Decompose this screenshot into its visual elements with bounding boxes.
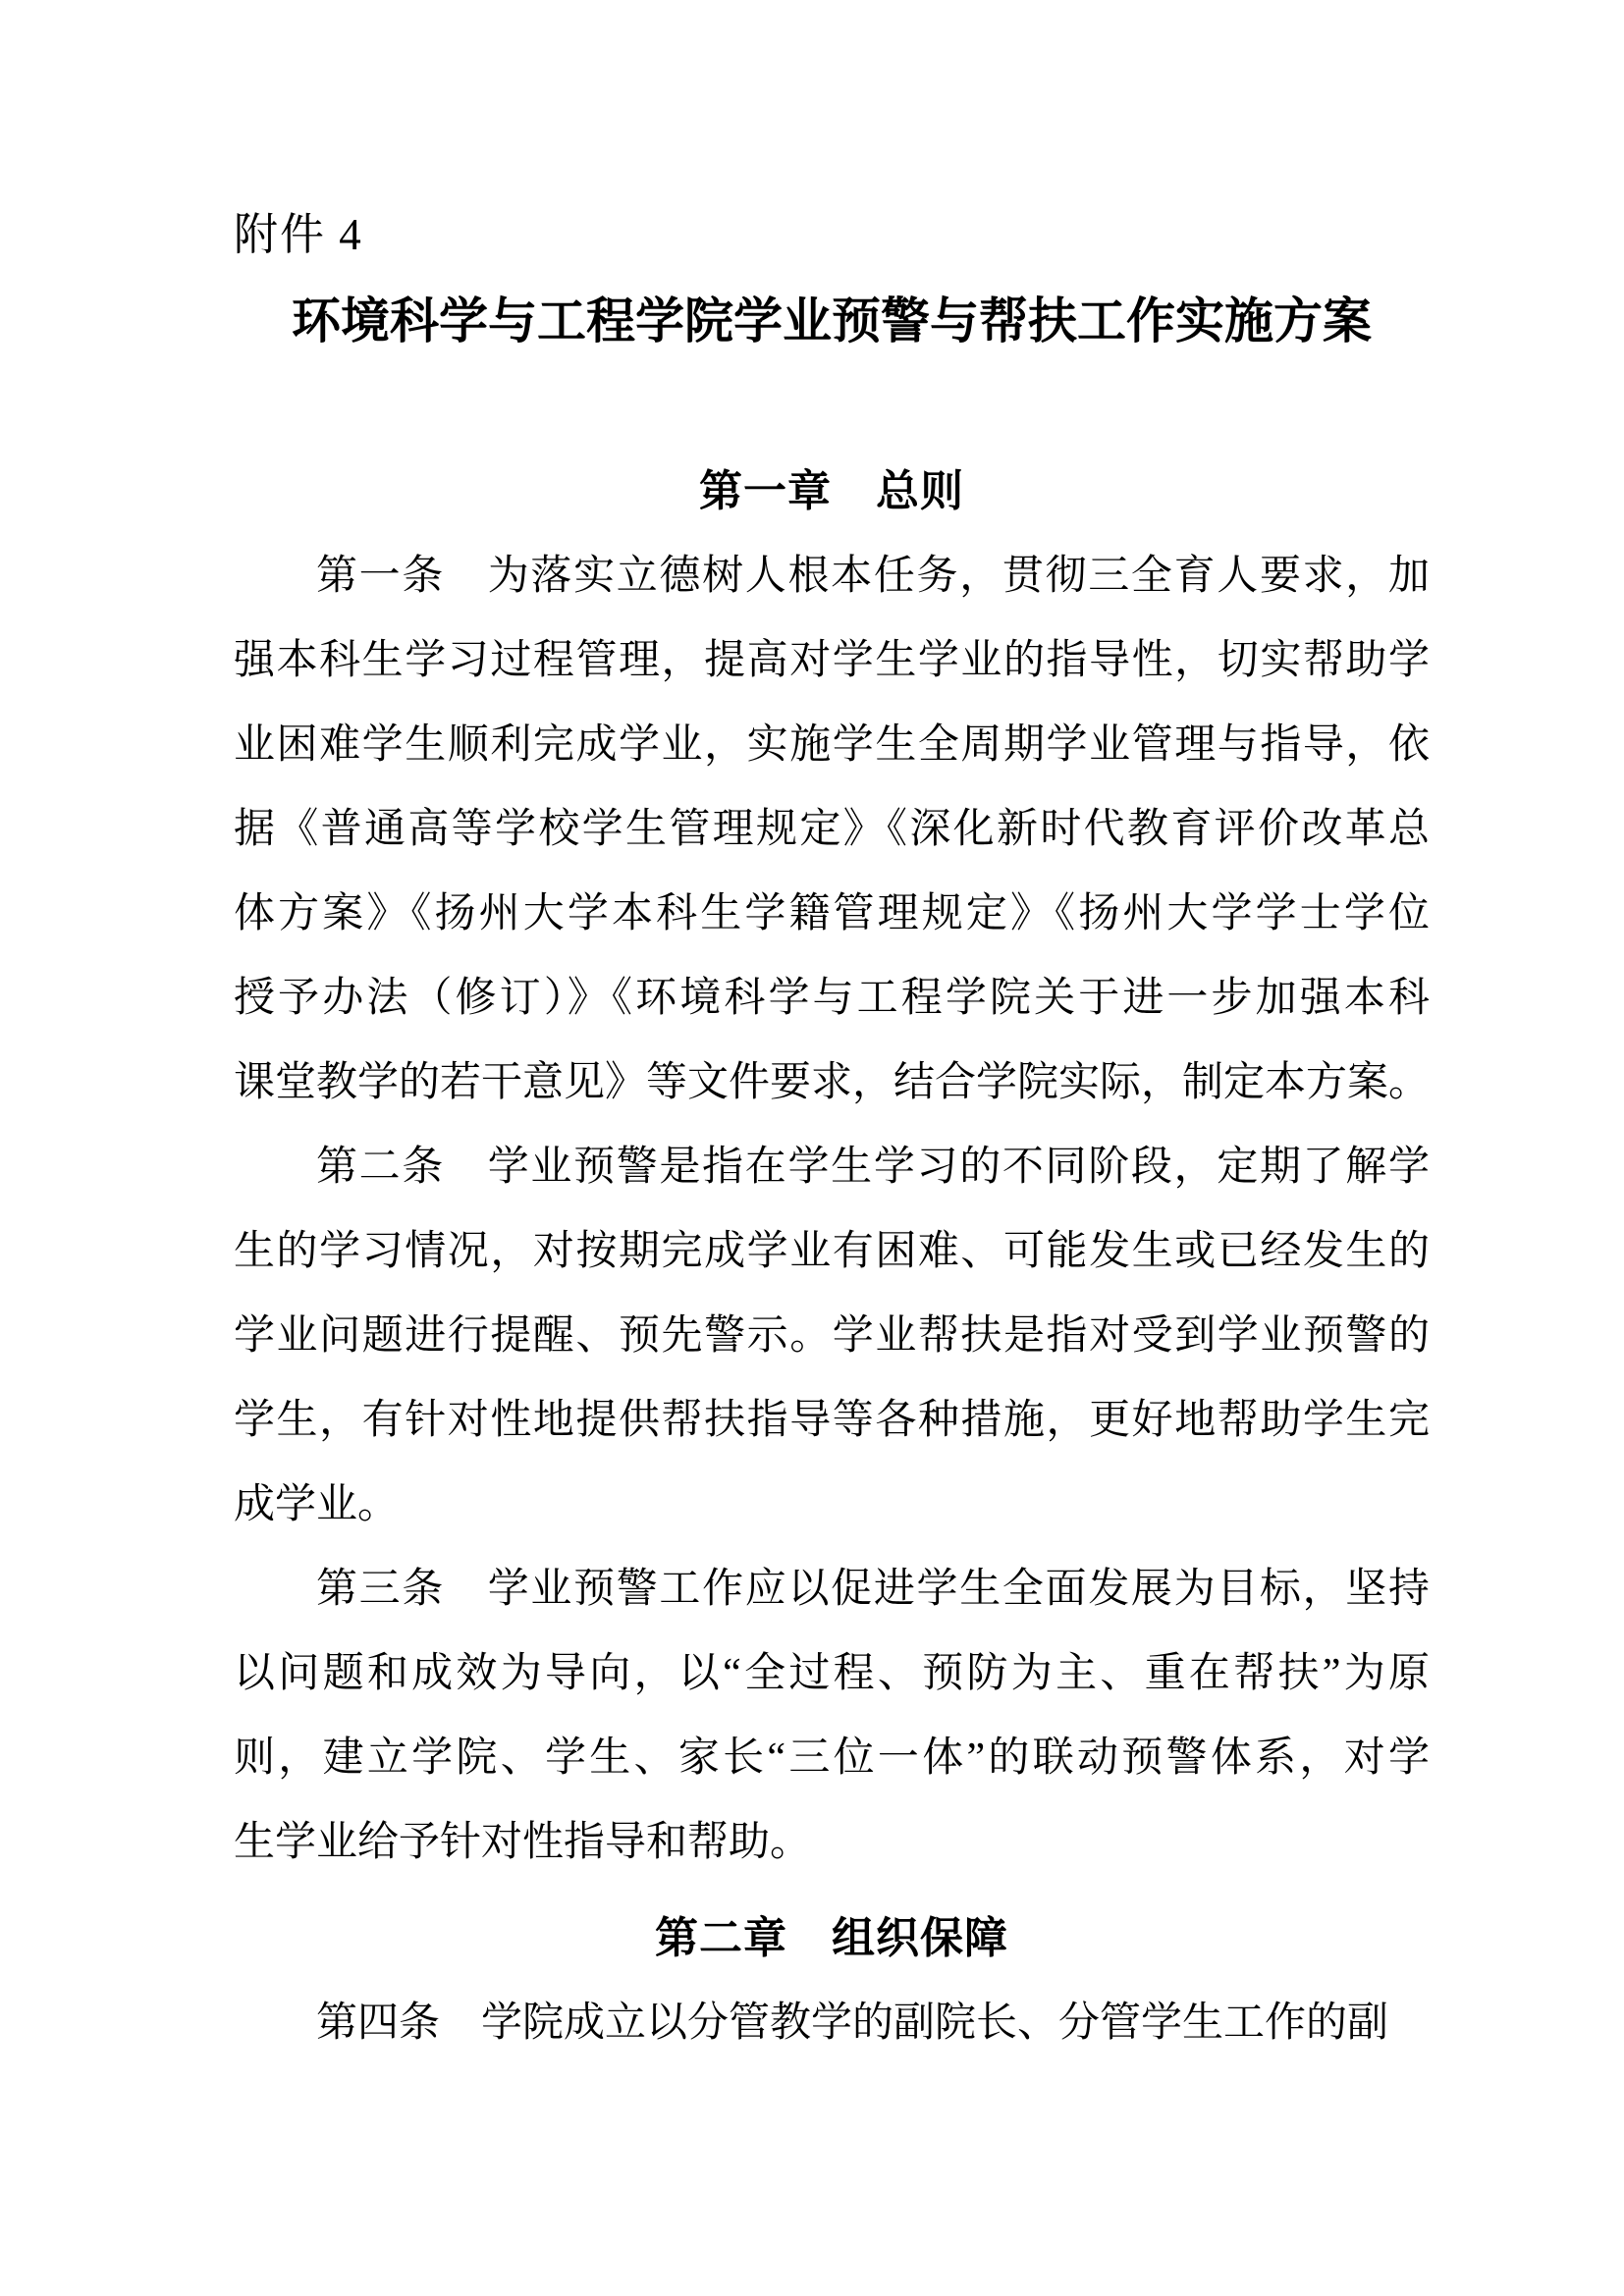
- chapter-2-heading: 第二章 组织保障: [234, 1896, 1430, 1981]
- chapter-1-heading: 第一章 总则: [234, 450, 1430, 534]
- text-line: 据《普通高等学校学生管理规定》《深化新时代教育评价改革总: [234, 787, 1430, 872]
- paragraph-article-3: 第三条 学业预警工作应以促进学生全面发展为目标，坚持 以问题和成效为导向，以“全…: [234, 1547, 1430, 1885]
- paragraph-article-1: 第一条 为落实立德树人根本任务，贯彻三全育人要求，加 强本科生学习过程管理，提高…: [234, 534, 1430, 1125]
- text-line: 学业问题进行提醒、预先警示。学业帮扶是指对受到学业预警的: [234, 1294, 1430, 1378]
- text-line: 第二条 学业预警是指在学生学习的不同阶段，定期了解学: [234, 1125, 1430, 1209]
- text-line: 生的学习情况，对按期完成学业有困难、可能发生或已经发生的: [234, 1209, 1430, 1294]
- text-line: 第三条 学业预警工作应以促进学生全面发展为目标，坚持: [234, 1547, 1430, 1631]
- text-line: 课堂教学的若干意见》等文件要求，结合学院实际，制定本方案。: [234, 1041, 1430, 1125]
- text-line: 第四条 学院成立以分管教学的副院长、分管学生工作的副: [234, 1981, 1430, 2065]
- text-line: 体方案》《扬州大学本科生学籍管理规定》《扬州大学学士学位: [234, 872, 1430, 956]
- document-title: 环境科学与工程学院学业预警与帮扶工作实施方案: [234, 279, 1430, 363]
- paragraph-article-2: 第二条 学业预警是指在学生学习的不同阶段，定期了解学 生的学习情况，对按期完成学…: [234, 1125, 1430, 1547]
- text-line: 业困难学生顺利完成学业，实施学生全周期学业管理与指导，依: [234, 703, 1430, 787]
- text-line: 成学业。: [234, 1463, 1430, 1547]
- paragraph-article-4: 第四条 学院成立以分管教学的副院长、分管学生工作的副: [234, 1981, 1430, 2065]
- text-line: 则，建立学院、学生、家长“三位一体”的联动预警体系，对学: [234, 1716, 1430, 1800]
- text-line: 以问题和成效为导向，以“全过程、预防为主、重在帮扶”为原: [234, 1631, 1430, 1716]
- attachment-label: 附件 4: [234, 192, 1430, 277]
- text-line: 生学业给予针对性指导和帮助。: [234, 1800, 1430, 1885]
- document-page: 附件 4 环境科学与工程学院学业预警与帮扶工作实施方案 第一章 总则 第一条 为…: [0, 0, 1624, 2296]
- text-line: 第一条 为落实立德树人根本任务，贯彻三全育人要求，加: [234, 534, 1430, 618]
- text-line: 学生，有针对性地提供帮扶指导等各种措施，更好地帮助学生完: [234, 1378, 1430, 1463]
- text-line: 授予办法（修订）》《环境科学与工程学院关于进一步加强本科: [234, 956, 1430, 1041]
- text-line: 强本科生学习过程管理，提高对学生学业的指导性，切实帮助学: [234, 618, 1430, 703]
